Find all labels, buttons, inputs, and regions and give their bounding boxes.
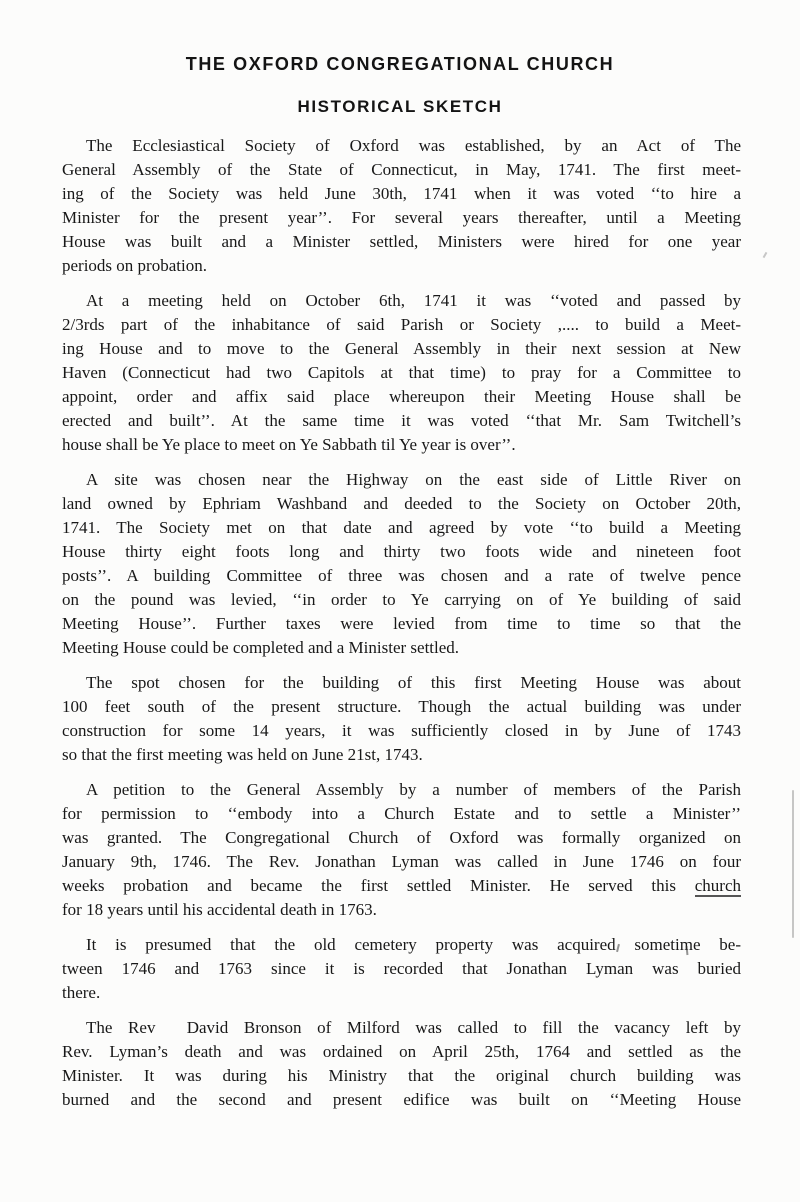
- paragraph: The Ecclesiastical Society of Oxford was…: [62, 134, 741, 278]
- text-line: The Ecclesiastical Society of Oxford was…: [62, 134, 741, 158]
- text-line: burned and the second and present edific…: [62, 1088, 741, 1112]
- paragraph: At a meeting held on October 6th, 1741 i…: [62, 289, 741, 457]
- text-line: periods on probation.: [62, 254, 741, 278]
- text-line: Minister. It was during his Ministry tha…: [62, 1064, 741, 1088]
- text-line: erected and built’’. At the same time it…: [62, 409, 741, 433]
- text-line: tween 1746 and 1763 since it is recorded…: [62, 957, 741, 981]
- text-line: on the pound was levied, ‘‘in order to Y…: [62, 588, 741, 612]
- text-line: Meeting House could be completed and a M…: [62, 636, 741, 660]
- text-line: for permission to ‘‘embody into a Church…: [62, 802, 741, 826]
- text-line: 100 feet south of the present structure.…: [62, 695, 741, 719]
- text-line: posts’’. A building Committee of three w…: [62, 564, 741, 588]
- paragraph: A site was chosen near the Highway on th…: [62, 468, 741, 660]
- scan-mark: [763, 252, 768, 258]
- document-body: The Ecclesiastical Society of Oxford was…: [62, 134, 741, 1112]
- text-line: House was built and a Minister settled, …: [62, 230, 741, 254]
- text-line: House thirty eight foots long and thirty…: [62, 540, 741, 564]
- page-subtitle: HISTORICAL SKETCH: [0, 97, 800, 117]
- text-line: construction for some 14 years, it was s…: [62, 719, 741, 743]
- text-line: It is presumed that the old cemetery pro…: [62, 933, 741, 957]
- document-page: THE OXFORD CONGREGATIONAL CHURCH HISTORI…: [0, 0, 800, 1202]
- text-line: January 9th, 1746. The Rev. Jonathan Lym…: [62, 850, 741, 874]
- text-line: land owned by Ephriam Washband and deede…: [62, 492, 741, 516]
- paragraph: It is presumed that the old cemetery pro…: [62, 933, 741, 1005]
- text-line: for 18 years until his accidental death …: [62, 898, 741, 922]
- text-line: Haven (Connecticut had two Capitols at t…: [62, 361, 741, 385]
- text-line: there.: [62, 981, 741, 1005]
- text-line: The spot chosen for the building of this…: [62, 671, 741, 695]
- text-line: 1741. The Society met on that date and a…: [62, 516, 741, 540]
- text-line: appoint, order and affix said place wher…: [62, 385, 741, 409]
- text-line: was granted. The Congregational Church o…: [62, 826, 741, 850]
- text-line: Rev. Lyman’s death and was ordained on A…: [62, 1040, 741, 1064]
- paragraph: The Rev David Bronson of Milford was cal…: [62, 1016, 741, 1112]
- paragraph: The spot chosen for the building of this…: [62, 671, 741, 767]
- text-line: ing of the Society was held June 30th, 1…: [62, 182, 741, 206]
- text-line: Minister for the present year’’. For sev…: [62, 206, 741, 230]
- scan-artifact-vertical-line: [792, 790, 794, 938]
- text-line: A site was chosen near the Highway on th…: [62, 468, 741, 492]
- text-line: ing House and to move to the General Ass…: [62, 337, 741, 361]
- text-line: A petition to the General Assembly by a …: [62, 778, 741, 802]
- paragraph: A petition to the General Assembly by a …: [62, 778, 741, 922]
- text-line: house shall be Ye place to meet on Ye Sa…: [62, 433, 741, 457]
- text-line: At a meeting held on October 6th, 1741 i…: [62, 289, 741, 313]
- text-line: 2/3rds part of the inhabitance of said P…: [62, 313, 741, 337]
- underlined-word: church: [695, 876, 741, 897]
- text-line: The Rev David Bronson of Milford was cal…: [62, 1016, 741, 1040]
- page-title: THE OXFORD CONGREGATIONAL CHURCH: [0, 0, 800, 75]
- text-line: weeks probation and became the first set…: [62, 874, 741, 898]
- text-line: General Assembly of the State of Connect…: [62, 158, 741, 182]
- text-line: Meeting House’’. Further taxes were levi…: [62, 612, 741, 636]
- text-line: so that the first meeting was held on Ju…: [62, 743, 741, 767]
